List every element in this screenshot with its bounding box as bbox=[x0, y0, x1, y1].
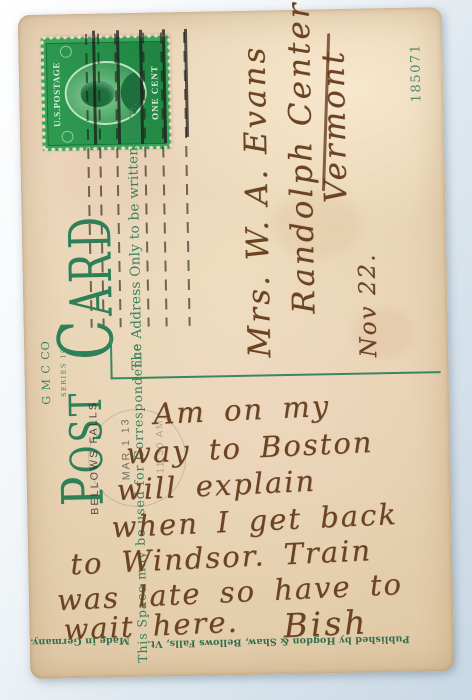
stamp-perforation bbox=[41, 34, 169, 41]
publisher-monogram: G M C CO SERIES 10 bbox=[36, 340, 71, 405]
monogram-letters: G M C CO bbox=[36, 340, 57, 405]
postage-stamp: U.S.POSTAGE ONE CENT bbox=[41, 36, 171, 151]
made-in-credit: Made in Germany. bbox=[38, 635, 130, 646]
message-line: Am on my bbox=[153, 389, 331, 431]
handwritten-date: Nov 22. bbox=[356, 252, 381, 357]
heading-card-word: CARD bbox=[47, 212, 125, 360]
handwritten-address-line: Randolph Center bbox=[283, 0, 320, 314]
stamp-ornament bbox=[60, 46, 72, 58]
postcard: U.S.POSTAGE ONE CENT 185071 CARD POST bbox=[18, 7, 455, 679]
handwritten-address-line: Mrs. W. A. Evans bbox=[239, 44, 276, 357]
stamp-perforation bbox=[39, 38, 46, 151]
stamp-perforation bbox=[43, 146, 171, 153]
stamp-ornament bbox=[61, 131, 73, 143]
photo-background: U.S.POSTAGE ONE CENT 185071 CARD POST bbox=[0, 0, 472, 700]
serial-number: 185071 bbox=[409, 43, 423, 102]
stamp-design: U.S.POSTAGE ONE CENT bbox=[46, 41, 166, 146]
stamp-value-label: ONE CENT bbox=[149, 42, 161, 143]
stamp-perforation bbox=[166, 36, 173, 149]
postmark-town: BELLOWS FALLS bbox=[88, 401, 101, 515]
divider-line bbox=[111, 371, 441, 379]
stamp-country-label: U.S.POSTAGE bbox=[51, 44, 63, 145]
series-label: SERIES 10 bbox=[56, 340, 71, 405]
